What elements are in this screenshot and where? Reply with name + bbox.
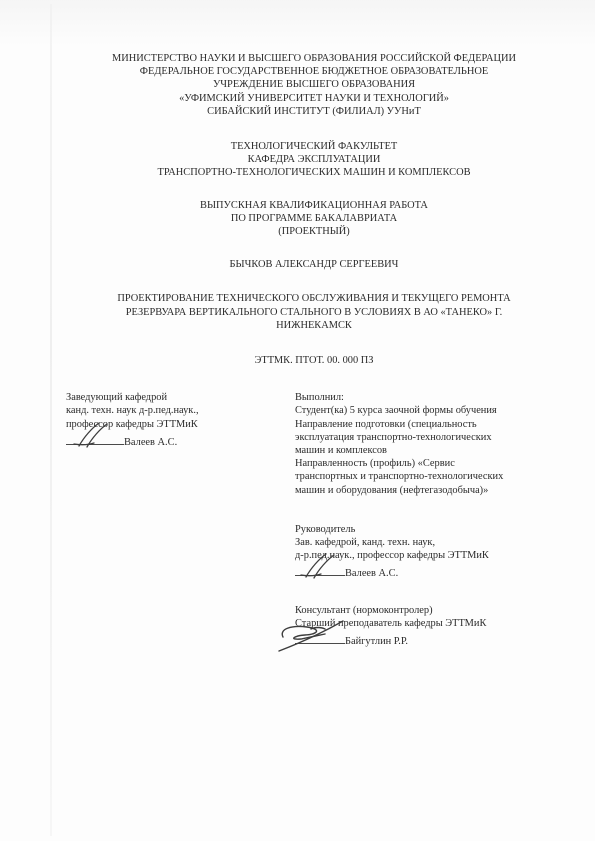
thesis-title-line: НИЖНЕКАМСК	[66, 319, 562, 332]
consultant-signature-row: Байгутлин Р.Р.	[295, 633, 562, 648]
signature-line	[66, 434, 124, 445]
thesis-title: ПРОЕКТИРОВАНИЕ ТЕХНИЧЕСКОГО ОБСЛУЖИВАНИЯ…	[66, 292, 562, 332]
faculty-line: ТЕХНОЛОГИЧЕСКИЙ ФАКУЛЬТЕТ	[66, 140, 562, 153]
document-code: ЭТТМК. ПТОТ. 00. 000 ПЗ	[66, 354, 562, 367]
student-block: Выполнил: Студент(ка) 5 курса заочной фо…	[295, 391, 562, 497]
faculty-block: ТЕХНОЛОГИЧЕСКИЙ ФАКУЛЬТЕТ КАФЕДРА ЭКСПЛУ…	[66, 140, 562, 180]
department-head-block: Заведующий кафедрой канд. техн. наук д-р…	[66, 391, 295, 648]
student-line: машин и комплексов	[295, 444, 562, 457]
supervisor-line: д-р.пед.наук., профессор кафедры ЭТТМиК	[295, 549, 562, 562]
student-line: Направление подготовки (специальность	[295, 418, 562, 431]
work-type-line: (ПРОЕКТНЫЙ)	[66, 225, 562, 238]
supervisor-line: Зав. кафедрой, канд. техн. наук,	[295, 536, 562, 549]
department-line: КАФЕДРА ЭКСПЛУАТАЦИИ	[66, 153, 562, 166]
ministry-line: ФЕДЕРАЛЬНОЕ ГОСУДАРСТВЕННОЕ БЮДЖЕТНОЕ ОБ…	[66, 65, 562, 78]
document-page: МИНИСТЕРСТВО НАУКИ И ВЫСШЕГО ОБРАЗОВАНИЯ…	[0, 0, 595, 841]
author-name-text: БЫЧКОВ АЛЕКСАНДР СЕРГЕЕВИЧ	[66, 258, 562, 271]
page-content: МИНИСТЕРСТВО НАУКИ И ВЫСШЕГО ОБРАЗОВАНИЯ…	[66, 0, 562, 648]
work-type-line: ВЫПУСКНАЯ КВАЛИФИКАЦИОННАЯ РАБОТА	[66, 199, 562, 212]
ministry-line: УЧРЕЖДЕНИЕ ВЫСШЕГО ОБРАЗОВАНИЯ	[66, 78, 562, 91]
scan-edge-line	[50, 4, 52, 836]
student-line: транспортных и транспортно-технологическ…	[295, 470, 562, 483]
consultant-line: Консультант (нормоконтролер)	[295, 604, 562, 617]
department-head-signature-row: Валеев А.С.	[66, 434, 295, 449]
ministry-line: МИНИСТЕРСТВО НАУКИ И ВЫСШЕГО ОБРАЗОВАНИЯ…	[66, 52, 562, 65]
ministry-header: МИНИСТЕРСТВО НАУКИ И ВЫСШЕГО ОБРАЗОВАНИЯ…	[66, 52, 562, 118]
consultant-block: Консультант (нормоконтролер) Старший пре…	[295, 604, 562, 649]
student-line: машин и оборудования (нефтегазодобыча)»	[295, 484, 562, 497]
author-name: БЫЧКОВ АЛЕКСАНДР СЕРГЕЕВИЧ	[66, 258, 562, 271]
right-column: Выполнил: Студент(ка) 5 курса заочной фо…	[295, 391, 562, 648]
consultant-line: Старший преподаватель кафедры ЭТТМиК	[295, 617, 562, 630]
university-name-line: «УФИМСКИЙ УНИВЕРСИТЕТ НАУКИ И ТЕХНОЛОГИЙ…	[66, 92, 562, 105]
student-line: Студент(ка) 5 курса заочной формы обучен…	[295, 404, 562, 417]
signer-name: Валеев А.С.	[124, 437, 177, 448]
student-line: Выполнил:	[295, 391, 562, 404]
department-head-line: профессор кафедры ЭТТМиК	[66, 418, 295, 431]
supervisor-block: Руководитель Зав. кафедрой, канд. техн. …	[295, 523, 562, 581]
department-head-line: канд. техн. наук д-р.пед.наук.,	[66, 404, 295, 417]
student-line: Направленность (профиль) «Сервис	[295, 457, 562, 470]
signer-name: Валеев А.С.	[345, 568, 398, 579]
work-type-line: ПО ПРОГРАММЕ БАКАЛАВРИАТА	[66, 212, 562, 225]
institute-name-line: СИБАЙСКИЙ ИНСТИТУТ (ФИЛИАЛ) УУНиТ	[66, 105, 562, 118]
department-head-line: Заведующий кафедрой	[66, 391, 295, 404]
supervisor-line: Руководитель	[295, 523, 562, 536]
document-code-text: ЭТТМК. ПТОТ. 00. 000 ПЗ	[66, 354, 562, 367]
thesis-title-line: ПРОЕКТИРОВАНИЕ ТЕХНИЧЕСКОГО ОБСЛУЖИВАНИЯ…	[66, 292, 562, 305]
signature-line	[295, 565, 345, 576]
work-type-block: ВЫПУСКНАЯ КВАЛИФИКАЦИОННАЯ РАБОТА ПО ПРО…	[66, 199, 562, 239]
department-line: ТРАНСПОРТНО-ТЕХНОЛОГИЧЕСКИХ МАШИН И КОМП…	[66, 166, 562, 179]
supervisor-signature-row: Валеев А.С.	[295, 565, 562, 580]
student-line: эксплуатация транспортно-технологических	[295, 431, 562, 444]
thesis-title-line: РЕЗЕРВУАРА ВЕРТИКАЛЬНОГО СТАЛЬНОГО В УСЛ…	[66, 306, 562, 319]
signer-name: Байгутлин Р.Р.	[345, 636, 408, 647]
signature-line	[295, 633, 345, 644]
signature-columns: Заведующий кафедрой канд. техн. наук д-р…	[66, 391, 562, 648]
